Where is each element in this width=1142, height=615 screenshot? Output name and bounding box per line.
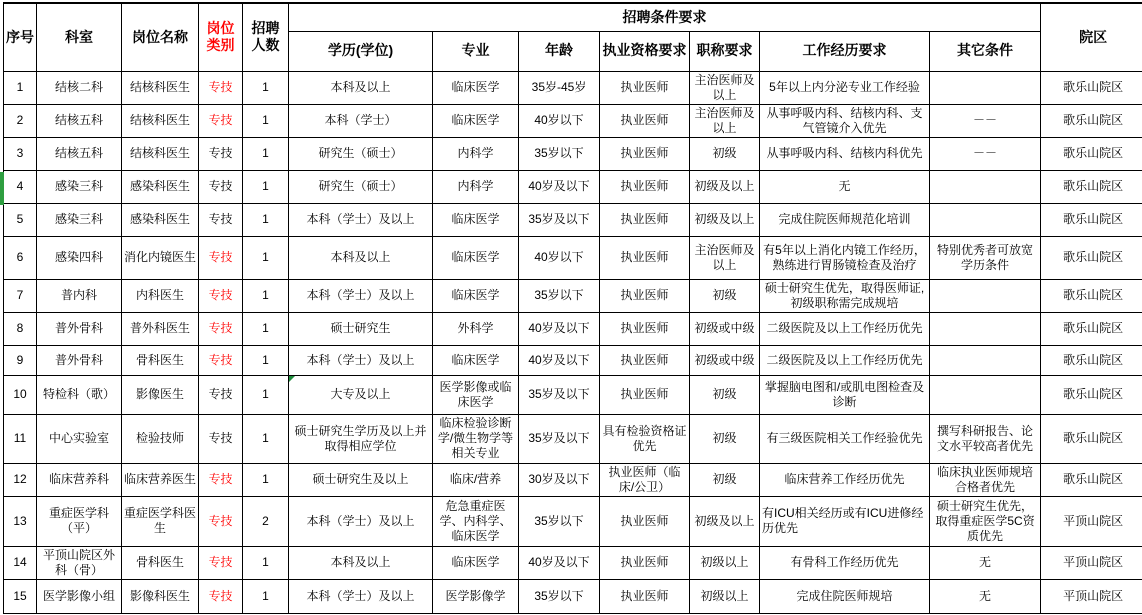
cell-position: 影像医生 <box>122 375 199 414</box>
cell-dept: 特检科（歌） <box>37 375 122 414</box>
header-dept: 科室 <box>37 3 122 71</box>
cell-qualification: 执业医师 <box>600 203 690 236</box>
cell-qualification: 执业医师 <box>600 375 690 414</box>
cell-title: 初级以上 <box>690 579 760 613</box>
cell-campus: 歌乐山院区 <box>1041 104 1142 137</box>
cell-no: 7 <box>4 279 37 312</box>
cell-dept: 感染四科 <box>37 236 122 279</box>
cell-dept: 普外骨科 <box>37 345 122 375</box>
cell-age: 35岁及以下 <box>519 375 600 414</box>
header-no: 序号 <box>4 3 37 71</box>
header-position: 岗位名称 <box>122 3 199 71</box>
cell-category: 专技 <box>199 137 243 170</box>
table-row: 6 感染四科 消化内镜医生 专技 1 本科及以上 临床医学 40岁以下 执业医师… <box>4 236 1142 279</box>
cell-campus: 歌乐山院区 <box>1041 170 1142 203</box>
cell-education: 本科（学士）及以上 <box>289 279 433 312</box>
table-row: 9 普外骨科 骨科医生 专技 1 本科（学士）及以上 临床医学 40岁及以下 执… <box>4 345 1142 375</box>
cell-title: 初级 <box>690 137 760 170</box>
cell-category: 专技 <box>199 104 243 137</box>
header-campus: 院区 <box>1041 3 1142 71</box>
cell-no: 8 <box>4 312 37 345</box>
cell-count: 1 <box>243 546 289 579</box>
cell-position: 重症医学科医生 <box>122 496 199 546</box>
cell-other <box>930 312 1041 345</box>
cell-category: 专技 <box>199 496 243 546</box>
cell-experience: 完成住院医师规范化培训 <box>760 203 930 236</box>
cell-experience: 临床营养工作经历优先 <box>760 463 930 496</box>
cell-position: 检验技师 <box>122 414 199 463</box>
cell-education: 本科（学士）及以上 <box>289 345 433 375</box>
cell-experience: 二级医院及以上工作经历优先 <box>760 312 930 345</box>
cell-age: 40岁及以下 <box>519 312 600 345</box>
cell-campus: 平顶山院区 <box>1041 579 1142 613</box>
cell-campus: 歌乐山院区 <box>1041 345 1142 375</box>
header-other: 其它条件 <box>930 31 1041 71</box>
cell-position: 普外科医生 <box>122 312 199 345</box>
cell-major: 临床医学 <box>433 104 519 137</box>
cell-position: 临床营养医生 <box>122 463 199 496</box>
cell-major: 临床/营养 <box>433 463 519 496</box>
cell-count: 1 <box>243 463 289 496</box>
cell-count: 1 <box>243 236 289 279</box>
table-row: 5 感染三科 感染科医生 专技 1 本科（学士）及以上 临床医学 35岁及以下 … <box>4 203 1142 236</box>
cell-title: 初级及以上 <box>690 170 760 203</box>
cell-age: 40岁及以下 <box>519 345 600 375</box>
cell-major: 临床医学 <box>433 345 519 375</box>
table-row: 8 普外骨科 普外科医生 专技 1 硕士研究生 外科学 40岁及以下 执业医师 … <box>4 312 1142 345</box>
cell-education: 本科及以上 <box>289 236 433 279</box>
cell-other: 临床执业医师规培合格者优先 <box>930 463 1041 496</box>
cell-title: 初级以上 <box>690 546 760 579</box>
cell-qualification: 执业医师 <box>600 236 690 279</box>
header-age: 年龄 <box>519 31 600 71</box>
cell-title: 初级或中级 <box>690 345 760 375</box>
table-row: 2 结核五科 结核科医生 专技 1 本科（学士） 临床医学 40岁以下 执业医师… <box>4 104 1142 137</box>
cell-age: 35岁以下 <box>519 137 600 170</box>
cell-position: 骨科医生 <box>122 345 199 375</box>
cell-other: 特别优秀者可放宽学历条件 <box>930 236 1041 279</box>
cell-dept: 医学影像小组 <box>37 579 122 613</box>
cell-category: 专技 <box>199 414 243 463</box>
cell-campus: 歌乐山院区 <box>1041 279 1142 312</box>
cell-qualification: 执业医师 <box>600 170 690 203</box>
cell-category: 专技 <box>199 375 243 414</box>
cell-age: 35岁-45岁 <box>519 71 600 104</box>
cell-age: 40岁以下 <box>519 104 600 137</box>
cell-other <box>930 279 1041 312</box>
cell-title: 初级 <box>690 463 760 496</box>
cell-education: 大专及以上 <box>289 375 433 414</box>
cell-major: 医学影像或临床医学 <box>433 375 519 414</box>
cell-other: 硕士研究生优先，取得重症医学5C资质优先 <box>930 496 1041 546</box>
cell-experience: 有三级医院相关工作经验优先 <box>760 414 930 463</box>
cell-major: 临床检验诊断学/微生物学等相关专业 <box>433 414 519 463</box>
cell-position: 感染科医生 <box>122 170 199 203</box>
cell-no: 3 <box>4 137 37 170</box>
table-row: 15 医学影像小组 影像科医生 专技 1 本科（学士）及以上 医学影像学 35岁… <box>4 579 1142 613</box>
recruitment-table: 序号 科室 岗位名称 岗位类别 招聘人数 招聘条件要求 院区 学历(学位) 专业… <box>3 2 1142 614</box>
cell-age: 40岁及以下 <box>519 546 600 579</box>
cell-no: 4 <box>4 170 37 203</box>
cell-other: 无 <box>930 546 1041 579</box>
cell-campus: 歌乐山院区 <box>1041 71 1142 104</box>
cell-qualification: 执业医师 <box>600 579 690 613</box>
cell-title: 初级及以上 <box>690 203 760 236</box>
cell-dept: 感染三科 <box>37 203 122 236</box>
cell-other: 撰写科研报告、论文水平较高者优先 <box>930 414 1041 463</box>
cell-campus: 平顶山院区 <box>1041 496 1142 546</box>
cell-category: 专技 <box>199 312 243 345</box>
cell-qualification: 执业医师 <box>600 71 690 104</box>
cell-position: 消化内镜医生 <box>122 236 199 279</box>
cell-campus: 平顶山院区 <box>1041 546 1142 579</box>
cell-qualification: 具有检验资格证优先 <box>600 414 690 463</box>
cell-age: 35岁以下 <box>519 496 600 546</box>
cell-education: 硕士研究生及以上 <box>289 463 433 496</box>
table-row: 11 中心实验室 检验技师 专技 1 硕士研究生学历及以上并取得相应学位 临床检… <box>4 414 1142 463</box>
cell-position: 结核科医生 <box>122 71 199 104</box>
table-row: 7 普内科 内科医生 专技 1 本科（学士）及以上 临床医学 35岁以下 执业医… <box>4 279 1142 312</box>
cell-qualification: 执业医师 <box>600 496 690 546</box>
cell-experience: 有ICU相关经历或有ICU进修经历优先 <box>760 496 930 546</box>
cell-count: 1 <box>243 579 289 613</box>
header-requirements-group: 招聘条件要求 <box>289 3 1041 31</box>
cell-other: －－ <box>930 104 1041 137</box>
cell-no: 14 <box>4 546 37 579</box>
cell-category: 专技 <box>199 236 243 279</box>
cell-experience: 无 <box>760 170 930 203</box>
cell-category: 专技 <box>199 546 243 579</box>
cell-count: 1 <box>243 104 289 137</box>
cell-age: 35岁及以下 <box>519 203 600 236</box>
cell-other: 无 <box>930 579 1041 613</box>
cell-qualification: 执业医师（临床/公卫） <box>600 463 690 496</box>
cell-major: 危急重症医学、内科学、临床医学 <box>433 496 519 546</box>
cell-no: 10 <box>4 375 37 414</box>
cell-qualification: 执业医师 <box>600 312 690 345</box>
cell-count: 1 <box>243 279 289 312</box>
cell-category: 专技 <box>199 463 243 496</box>
cell-education: 硕士研究生 <box>289 312 433 345</box>
table-row: 12 临床营养科 临床营养医生 专技 1 硕士研究生及以上 临床/营养 30岁及… <box>4 463 1142 496</box>
cell-education: 研究生（硕士） <box>289 170 433 203</box>
cell-count: 1 <box>243 170 289 203</box>
cell-major: 医学影像学 <box>433 579 519 613</box>
cell-campus: 歌乐山院区 <box>1041 414 1142 463</box>
cell-age: 35岁以下 <box>519 279 600 312</box>
cell-no: 11 <box>4 414 37 463</box>
row-selection-marker <box>0 172 4 205</box>
cell-title: 初级 <box>690 375 760 414</box>
cell-campus: 歌乐山院区 <box>1041 236 1142 279</box>
cell-education: 本科（学士） <box>289 104 433 137</box>
cell-dept: 感染三科 <box>37 170 122 203</box>
cell-count: 1 <box>243 312 289 345</box>
cell-other: －－ <box>930 137 1041 170</box>
cell-position: 影像科医生 <box>122 579 199 613</box>
cell-other <box>930 71 1041 104</box>
cell-qualification: 执业医师 <box>600 546 690 579</box>
cell-major: 临床医学 <box>433 236 519 279</box>
cell-title: 主治医师及以上 <box>690 71 760 104</box>
cell-experience: 从事呼吸内科、结核内科优先 <box>760 137 930 170</box>
cell-category: 专技 <box>199 203 243 236</box>
cell-other <box>930 170 1041 203</box>
cell-count: 2 <box>243 496 289 546</box>
cell-experience: 掌握脑电图和/或肌电图检查及诊断 <box>760 375 930 414</box>
header-experience: 工作经历要求 <box>760 31 930 71</box>
cell-count: 1 <box>243 414 289 463</box>
header-category: 岗位类别 <box>199 3 243 71</box>
table-row: 13 重症医学科（平） 重症医学科医生 专技 2 本科（学士）及以上 危急重症医… <box>4 496 1142 546</box>
cell-count: 1 <box>243 375 289 414</box>
header-count: 招聘人数 <box>243 3 289 71</box>
cell-title: 初级及以上 <box>690 496 760 546</box>
cell-experience: 从事呼吸内科、结核内科、支气管镜介入优先 <box>760 104 930 137</box>
recruitment-table-container: 序号 科室 岗位名称 岗位类别 招聘人数 招聘条件要求 院区 学历(学位) 专业… <box>0 0 1142 614</box>
table-row: 3 结核五科 结核科医生 专技 1 研究生（硕士） 内科学 35岁以下 执业医师… <box>4 137 1142 170</box>
cell-qualification: 执业医师 <box>600 279 690 312</box>
cell-campus: 歌乐山院区 <box>1041 312 1142 345</box>
cell-qualification: 执业医师 <box>600 345 690 375</box>
cell-title: 初级 <box>690 414 760 463</box>
cell-education: 本科（学士）及以上 <box>289 203 433 236</box>
header-major: 专业 <box>433 31 519 71</box>
cell-campus: 歌乐山院区 <box>1041 137 1142 170</box>
cell-dept: 重症医学科（平） <box>37 496 122 546</box>
table-row: 10 特检科（歌） 影像医生 专技 1 大专及以上 医学影像或临床医学 35岁及… <box>4 375 1142 414</box>
cell-title: 初级或中级 <box>690 312 760 345</box>
cell-major: 临床医学 <box>433 203 519 236</box>
cell-no: 9 <box>4 345 37 375</box>
cell-major: 外科学 <box>433 312 519 345</box>
cell-no: 5 <box>4 203 37 236</box>
cell-no: 2 <box>4 104 37 137</box>
cell-experience: 有5年以上消化内镜工作经历，熟练进行胃肠镜检查及治疗 <box>760 236 930 279</box>
cell-qualification: 执业医师 <box>600 104 690 137</box>
cell-age: 40岁及以下 <box>519 170 600 203</box>
cell-experience: 5年以上内分泌专业工作经验 <box>760 71 930 104</box>
cell-major: 临床医学 <box>433 546 519 579</box>
cell-dept: 结核五科 <box>37 137 122 170</box>
table-body: 1 结核二科 结核科医生 专技 1 本科及以上 临床医学 35岁-45岁 执业医… <box>4 71 1142 613</box>
cell-experience: 二级医院及以上工作经历优先 <box>760 345 930 375</box>
cell-dept: 结核五科 <box>37 104 122 137</box>
cell-position: 结核科医生 <box>122 104 199 137</box>
cell-other <box>930 375 1041 414</box>
cell-no: 12 <box>4 463 37 496</box>
cell-education: 本科（学士）及以上 <box>289 579 433 613</box>
cell-education: 本科（学士）及以上 <box>289 496 433 546</box>
cell-category: 专技 <box>199 345 243 375</box>
cell-other <box>930 345 1041 375</box>
cell-position: 内科医生 <box>122 279 199 312</box>
cell-category: 专技 <box>199 71 243 104</box>
cell-qualification: 执业医师 <box>600 137 690 170</box>
cell-dept: 中心实验室 <box>37 414 122 463</box>
cell-position: 骨科医生 <box>122 546 199 579</box>
cell-title: 主治医师及以上 <box>690 104 760 137</box>
cell-age: 30岁及以下 <box>519 463 600 496</box>
cell-position: 结核科医生 <box>122 137 199 170</box>
cell-experience: 硕士研究生优先，取得医师证,初级职称需完成规培 <box>760 279 930 312</box>
cell-experience: 有骨科工作经历优先 <box>760 546 930 579</box>
header-qualification: 执业资格要求 <box>600 31 690 71</box>
table-row: 4 感染三科 感染科医生 专技 1 研究生（硕士） 内科学 40岁及以下 执业医… <box>4 170 1142 203</box>
cell-education: 本科及以上 <box>289 546 433 579</box>
cell-category: 专技 <box>199 170 243 203</box>
cell-count: 1 <box>243 345 289 375</box>
table-header: 序号 科室 岗位名称 岗位类别 招聘人数 招聘条件要求 院区 学历(学位) 专业… <box>4 3 1142 71</box>
cell-category: 专技 <box>199 579 243 613</box>
cell-category: 专技 <box>199 279 243 312</box>
cell-no: 13 <box>4 496 37 546</box>
cell-major: 临床医学 <box>433 71 519 104</box>
cell-education: 本科及以上 <box>289 71 433 104</box>
cell-dept: 普内科 <box>37 279 122 312</box>
cell-education: 硕士研究生学历及以上并取得相应学位 <box>289 414 433 463</box>
cell-age: 40岁以下 <box>519 236 600 279</box>
table-row: 14 平顶山院区外科（骨） 骨科医生 专技 1 本科及以上 临床医学 40岁及以… <box>4 546 1142 579</box>
cell-age: 35岁及以下 <box>519 414 600 463</box>
table-row: 1 结核二科 结核科医生 专技 1 本科及以上 临床医学 35岁-45岁 执业医… <box>4 71 1142 104</box>
cell-major: 临床医学 <box>433 279 519 312</box>
cell-other <box>930 203 1041 236</box>
cell-major: 内科学 <box>433 137 519 170</box>
cell-campus: 歌乐山院区 <box>1041 463 1142 496</box>
cell-major: 内科学 <box>433 170 519 203</box>
cell-no: 15 <box>4 579 37 613</box>
cell-dept: 普外骨科 <box>37 312 122 345</box>
cell-position: 感染科医生 <box>122 203 199 236</box>
cell-campus: 歌乐山院区 <box>1041 203 1142 236</box>
cell-count: 1 <box>243 71 289 104</box>
header-education: 学历(学位) <box>289 31 433 71</box>
cell-dept: 临床营养科 <box>37 463 122 496</box>
cell-education: 研究生（硕士） <box>289 137 433 170</box>
cell-no: 1 <box>4 71 37 104</box>
cell-count: 1 <box>243 137 289 170</box>
cell-age: 35岁以下 <box>519 579 600 613</box>
cell-title: 主治医师及以上 <box>690 236 760 279</box>
cell-experience: 完成住院医师规培 <box>760 579 930 613</box>
cell-no: 6 <box>4 236 37 279</box>
cell-campus: 歌乐山院区 <box>1041 375 1142 414</box>
cell-title: 初级 <box>690 279 760 312</box>
cell-count: 1 <box>243 203 289 236</box>
header-title: 职称要求 <box>690 31 760 71</box>
cell-dept: 结核二科 <box>37 71 122 104</box>
cell-dept: 平顶山院区外科（骨） <box>37 546 122 579</box>
